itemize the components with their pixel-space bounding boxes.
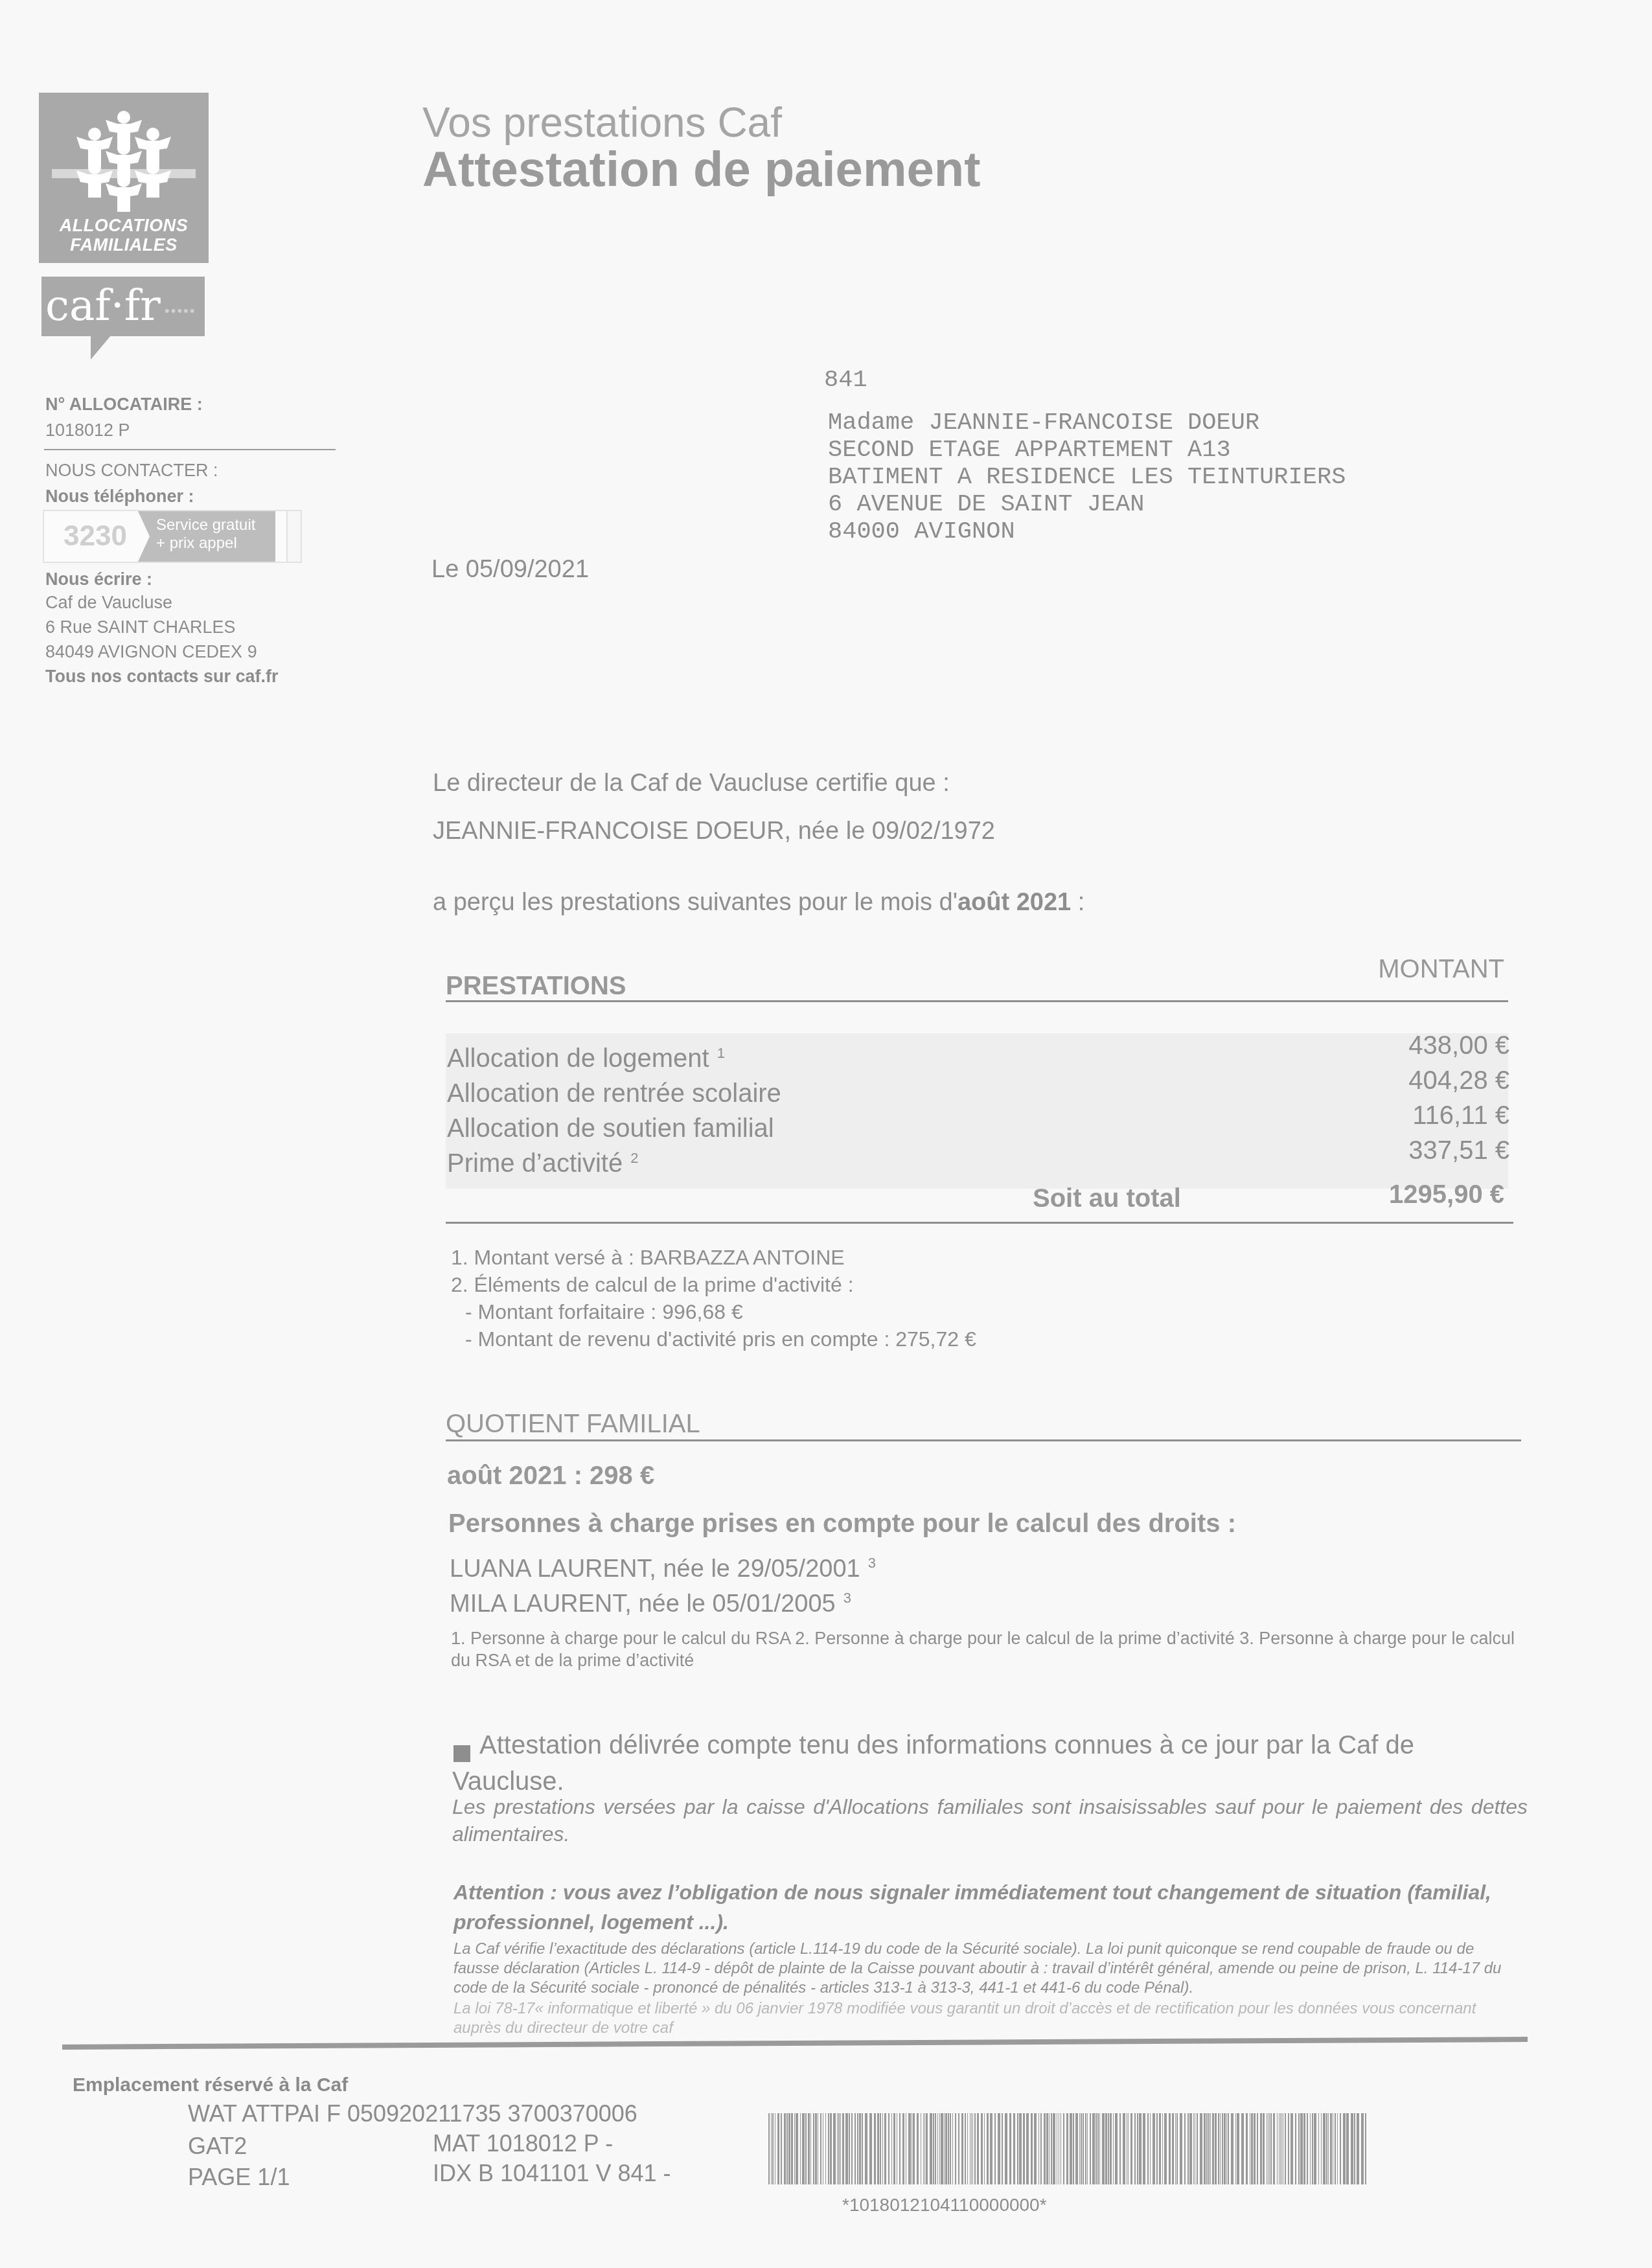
dependent-name: MILA LAURENT, née le 05/01/2005	[450, 1590, 836, 1618]
privacy-text: La loi 78-17« informatique et liberté » …	[453, 1999, 1516, 2038]
note-line: 2. Éléments de calcul de la prime d'acti…	[451, 1271, 976, 1298]
logo-text: ALLOCATIONS FAMILIALES	[39, 216, 209, 255]
prestation-label: Allocation de soutien familial	[447, 1114, 774, 1143]
note-line: - Montant de revenu d'activité pris en c…	[451, 1325, 976, 1353]
phone-service-tag: Service gratuit + prix appel	[138, 511, 275, 562]
recipient-line: Madame JEANNIE-FRANCOISE DOEUR	[828, 409, 1346, 437]
footer-thick-rule	[62, 2037, 1528, 2050]
quotient-header: QUOTIENT FAMILIAL	[446, 1410, 700, 1439]
intro-month: août 2021	[958, 889, 1071, 916]
phone-badge: 3230 Service gratuit + prix appel	[43, 510, 302, 563]
attestation-statement: Attestation délivrée compte tenu des inf…	[452, 1727, 1528, 1800]
dependents-title: Personnes à charge prises en compte pour…	[448, 1509, 1236, 1539]
allocataire-label: N° ALLOCATAIRE :	[45, 393, 337, 416]
dots-icon: •••••	[165, 303, 196, 319]
prestation-label: Prime d’activité	[447, 1149, 623, 1178]
beneficiary-line: JEANNIE-FRANCOISE DOEUR, née le 09/02/19…	[433, 818, 995, 845]
logo-line-1: ALLOCATIONS	[39, 216, 209, 235]
recipient-ref: 841	[824, 367, 867, 394]
insaisissable-note: Les prestations versées par la caisse d'…	[452, 1793, 1528, 1848]
intro-suffix: :	[1071, 889, 1084, 916]
caf-logo: ALLOCATIONS FAMILIALES	[39, 93, 209, 263]
prestation-amount: 404,28 €	[1408, 1066, 1509, 1095]
quotient-month: août 2021	[447, 1461, 567, 1490]
footer-idx: IDX B 1041101 V 841 -	[433, 2160, 671, 2187]
footnote-marker: 3	[868, 1555, 876, 1571]
address-line: 84049 AVIGNON CEDEX 9	[45, 640, 337, 663]
intro-prefix: a perçu les prestations suivantes pour l…	[433, 889, 958, 916]
page-subtitle: Vos prestations Caf	[422, 98, 782, 146]
total-label: Soit au total	[1033, 1184, 1181, 1213]
intro-line-3: a perçu les prestations suivantes pour l…	[433, 889, 1084, 917]
dependents-legend: 1. Personne à charge pour le calcul du R…	[451, 1627, 1526, 1671]
recipient-address: Madame JEANNIE-FRANCOISE DOEUR SECOND ET…	[828, 409, 1346, 545]
footer-gat: GAT2	[188, 2133, 247, 2160]
barcode-icon	[768, 2113, 1367, 2184]
logo-line-2: FAMILIALES	[39, 235, 209, 255]
phone-tag-line-1: Service gratuit	[156, 516, 275, 534]
quotient-amount: : 298 €	[567, 1461, 655, 1490]
contact-label: NOUS CONTACTER :	[45, 459, 337, 482]
prestation-amount: 438,00 €	[1408, 1031, 1509, 1060]
footnote-marker: 1	[717, 1045, 725, 1061]
sidebar-divider	[44, 449, 336, 450]
prestation-notes: 1. Montant versé à : BARBAZZA ANTOINE 2.…	[451, 1244, 976, 1353]
quotient-rule	[446, 1439, 1521, 1441]
table-row: Allocation de soutien familial 116,11 €	[447, 1114, 1509, 1149]
intro-line-1: Le directeur de la Caf de Vaucluse certi…	[433, 770, 950, 797]
reserved-area-label: Emplacement réservé à la Caf	[73, 2074, 348, 2096]
recipient-line: 6 AVENUE DE SAINT JEAN	[828, 491, 1346, 518]
phone-badge-end	[286, 511, 301, 562]
footnote-marker: 2	[630, 1150, 638, 1166]
footer-code-line: WAT ATTPAI F 050920211735 3700370006	[188, 2100, 637, 2127]
family-figures-icon	[39, 106, 209, 216]
recipient-line: SECOND ETAGE APPARTEMENT A13	[828, 437, 1346, 464]
phone-tag-line-2: + prix appel	[156, 534, 275, 553]
note-line: 1. Montant versé à : BARBAZZA ANTOINE	[451, 1244, 976, 1271]
all-contacts-link[interactable]: Tous nos contacts sur caf.fr	[45, 665, 337, 688]
document-date: Le 05/09/2021	[431, 556, 589, 584]
phone-label: Nous téléphoner :	[45, 485, 337, 508]
prestation-label: Allocation de rentrée scolaire	[447, 1079, 781, 1108]
prestation-amount: 337,51 €	[1408, 1136, 1509, 1165]
allocataire-number: 1018012 P	[45, 418, 337, 442]
speech-bubble-tail-icon	[91, 335, 111, 360]
table-row: Allocation de logement1 438,00 €	[447, 1044, 1509, 1079]
dependent-name: LUANA LAURENT, née le 29/05/2001	[450, 1555, 860, 1583]
page-title: Attestation de paiement	[422, 141, 980, 198]
legal-text: La Caf vérifie l’exactitude des déclarat…	[453, 1940, 1516, 1998]
caf-fr-text: caf·fr	[45, 277, 161, 335]
recipient-line: BATIMENT A RESIDENCE LES TEINTURIERS	[828, 464, 1346, 491]
footnote-marker: 3	[843, 1590, 851, 1606]
prestation-label: Allocation de logement	[447, 1044, 709, 1073]
dependent-item: LUANA LAURENT, née le 29/05/20013	[450, 1555, 876, 1583]
address-line: 6 Rue SAINT CHARLES	[45, 615, 337, 639]
footer-mat: MAT 1018012 P -	[433, 2130, 613, 2157]
table-row: Allocation de rentrée scolaire 404,28 €	[447, 1079, 1509, 1114]
prestation-amount: 116,11 €	[1412, 1101, 1509, 1130]
barcode-number: *1018012104110000000*	[842, 2195, 1047, 2216]
amount-header: MONTANT	[1378, 955, 1504, 984]
table-footer-rule	[446, 1222, 1513, 1224]
address-line: Caf de Vaucluse	[45, 591, 337, 614]
warning-text: Attention : vous avez l’obligation de no…	[453, 1877, 1516, 1937]
table-row: Prime d’activité2 337,51 €	[447, 1149, 1509, 1184]
quotient-value: août 2021 : 298 €	[447, 1461, 654, 1491]
table-header-rule	[446, 1000, 1508, 1002]
dependent-item: MILA LAURENT, née le 05/01/20053	[450, 1590, 851, 1618]
note-line: - Montant forfaitaire : 996,68 €	[451, 1298, 976, 1325]
footer-page: PAGE 1/1	[188, 2164, 290, 2191]
write-label: Nous écrire :	[45, 567, 337, 591]
recipient-line: 84000 AVIGNON	[828, 518, 1346, 545]
phone-number: 3230	[63, 520, 127, 553]
total-amount: 1295,90 €	[1389, 1180, 1504, 1209]
caf-fr-logo: caf·fr •••••	[41, 277, 205, 336]
prestations-header: PRESTATIONS	[446, 972, 626, 1001]
